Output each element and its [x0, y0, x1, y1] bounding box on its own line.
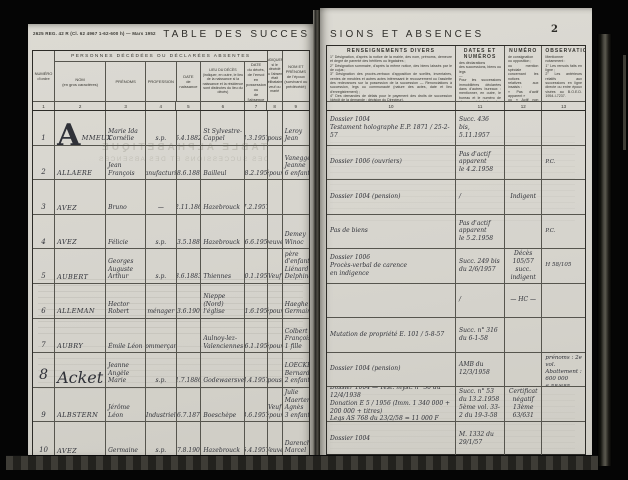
cell-deces: 30.1.1957: [245, 249, 267, 283]
book-fore-edge: [6, 455, 598, 470]
cell-profession: s.p.: [146, 353, 176, 387]
cell-lieu: Hazebrouck: [201, 180, 245, 214]
column-number: 1: [33, 102, 55, 110]
cell-num: 2: [33, 146, 55, 180]
column-number: 12: [505, 102, 542, 110]
column-numbers-row: 10 11 12 13: [327, 101, 585, 110]
cell-numero: [505, 111, 542, 145]
cell-nom: AVEZ: [55, 215, 106, 249]
cell-lieu: Godewaersvelde: [201, 353, 245, 387]
ledger-row: 1AMMEUXMarie Ida Cornélies.p.6.4.1882St …: [33, 111, 309, 146]
cell-numero: [505, 215, 542, 249]
cell-observations: Réf. prénoms : 2e vol. Abattement : 600 …: [542, 353, 585, 387]
cell-naissance: 17.8.1901: [177, 422, 202, 457]
ledger-row: Dossier 1006 Procès-verbal de carence en…: [327, 249, 585, 284]
cell-lieu: Boeschèpe: [201, 388, 245, 422]
cell-numero: Indigent: [505, 180, 542, 214]
cell-observations: [542, 387, 585, 421]
page-left: 2625 REG. 42 R (Cl. 62 4967 1-62-600 h) …: [28, 24, 314, 456]
cell-lieu: St Sylvestre-Cappel: [201, 111, 245, 145]
col-header-prenoms: PRÉNOMS: [106, 62, 146, 101]
cell-dates_numeros: Succ. n° 316 du 6-1-58: [456, 318, 505, 352]
adjacent-page-edge: [597, 34, 612, 466]
cell-dates_numeros: /: [456, 180, 505, 214]
cell-prenoms: Georges Auguste Arthur: [106, 249, 146, 283]
cell-num: 7: [33, 319, 55, 353]
column-number: 2: [55, 102, 106, 110]
ledger-row: 7AUBRYÉmile LéoncommerçantAulnoy-lez- Va…: [33, 319, 309, 354]
title-left-part: TABLE DES SUCCES: [163, 29, 310, 40]
ledger-row: Dossier 1004M. 1332 du 29/1/57: [327, 422, 585, 457]
col-header-lieu-deces: LIEU DU DÉCÈS (indiquer, en outre, le li…: [201, 62, 245, 101]
cell-prenoms: Jeanne Angèle Marie: [106, 353, 146, 387]
cell-dates_numeros: Pas d'actif apparent le 4.2.1958: [456, 146, 505, 180]
right-table-header: RENSEIGNEMENTS DIVERS 1° Désignation, d'…: [327, 46, 585, 111]
cell-renseignements: Dossier 1004 (pension): [327, 180, 456, 214]
cell-epoux: Darenchy Marcel: [283, 422, 309, 457]
cell-observations: P.C.: [542, 146, 585, 180]
cell-prenoms: Jérôme Léon: [106, 388, 146, 422]
cell-deces: 3.6.1957: [245, 388, 267, 422]
column-number: 4: [146, 102, 176, 110]
ledger-row: Dossier 1004 — Test. myst. n° 30 du 12/4…: [327, 387, 585, 422]
group-header-personnes: PERSONNES DÉCÉDÉES OU DÉCLARÉES ABSENTES: [55, 51, 267, 62]
cell-renseignements: Mutation de propriété E. 101 / 5-8-57: [327, 318, 456, 352]
cell-lieu: Hazebrouck: [201, 215, 245, 249]
cell-renseignements: Dossier 1006 Procès-verbal de carence en…: [327, 249, 456, 283]
cell-numero: [505, 422, 542, 457]
column-number: 13: [542, 102, 585, 110]
cell-num: 4: [33, 215, 55, 249]
column-number: 5: [176, 102, 201, 110]
ledger-row: Dossier 1004 (pension)/Indigent: [327, 180, 585, 215]
cell-renseignements: Pas de biens: [327, 215, 456, 249]
col-header-numero: NUMÉRO d'ordre: [33, 51, 55, 101]
cell-numero: [505, 353, 542, 387]
cell-etat: épouse: [268, 111, 283, 145]
ledger-row: 8AcketJeanne Angèle Maries.p.1.7.1886God…: [33, 353, 309, 388]
cell-observations: [542, 422, 585, 457]
cell-prenoms: Félicie: [106, 215, 146, 249]
cell-epoux: Colbert Françoise 1 fille: [283, 319, 309, 353]
ledger-row: 6ALLEMANHector Robertménager23.6.1907Nie…: [33, 284, 309, 319]
cell-profession: manufacturier: [146, 146, 176, 180]
cell-num: 10: [33, 422, 55, 457]
right-table: RENSEIGNEMENTS DIVERS 1° Désignation, d'…: [326, 45, 586, 455]
ledger-row: Dossier 1004 (pension)AMB du 12/3/1958Ré…: [327, 353, 585, 388]
cell-num: 3: [33, 180, 55, 214]
cell-deces: 16.1.1957: [245, 319, 267, 353]
large-initial-letter: A: [57, 126, 81, 146]
cell-lieu: Nieppe (Nord) l'église: [201, 284, 245, 318]
cell-epoux: Vermeulen Julie Maerten Agnès 3 enfants: [283, 388, 309, 422]
cell-prenoms: Marie Ida Cornélie: [106, 111, 146, 145]
cell-deces: 11.6.1957: [245, 284, 267, 318]
ledger-row: Dossier 1004 Testament holographe E.P. 1…: [327, 111, 585, 146]
left-table-header: NUMÉRO d'ordre PERSONNES DÉCÉDÉES OU DÉC…: [33, 51, 309, 111]
cell-lieu: Hazebrouck: [201, 422, 245, 457]
column-number: 6: [201, 102, 245, 110]
cell-epoux: Demey Winoc: [283, 215, 309, 249]
cell-numero: — HC —: [505, 284, 542, 318]
cell-profession: commerçant: [146, 319, 176, 353]
cell-nom: AVEZ: [55, 180, 106, 214]
form-reference: 2625 REG. 42 R (Cl. 62 4967 1-62-600 h) …: [33, 31, 156, 36]
cell-naissance: [177, 319, 202, 353]
cell-naissance: 6.4.1882: [177, 111, 202, 145]
page-number: 2: [551, 24, 558, 35]
column-number: 8: [267, 102, 282, 110]
cell-num: 9: [33, 388, 55, 422]
column-numbers-row: 1 2 3 4 5 6 7 8 9: [33, 101, 309, 110]
cell-dates_numeros: Succ. n° 53 du 13.2.1958 5ème vol. 33-2 …: [456, 387, 505, 421]
cell-lieu: Thiennes: [201, 249, 245, 283]
cell-deces: 16.6.1957: [245, 215, 267, 249]
cell-naissance: 1.7.1886: [177, 353, 202, 387]
left-table: NUMÉRO d'ordre PERSONNES DÉCÉDÉES OU DÉC…: [32, 50, 310, 456]
cell-num: 8: [33, 353, 55, 387]
cell-naissance: 23.6.1907: [177, 284, 202, 318]
ledger-row: 4AVEZFélicies.p.13.5.1889Hazebrouck16.6.…: [33, 215, 309, 250]
cell-renseignements: [327, 284, 456, 318]
cell-deces: 18.2.1957: [245, 146, 267, 180]
cell-naissance: 12.11.1868: [177, 180, 202, 214]
cell-etat: époux: [268, 146, 283, 180]
cell-dates_numeros: /: [456, 284, 505, 318]
cell-etat: Veuf: [268, 249, 283, 283]
cell-epoux: Leroy Jean: [283, 111, 309, 145]
cell-profession: s.p.: [146, 215, 176, 249]
cell-etat: épouse: [268, 353, 283, 387]
col-header-numero-consignation: NUMÉRO de consignation ou opposition ; o…: [505, 46, 542, 101]
cell-epoux: Vanegger Jeanne 6 enfants: [283, 146, 309, 180]
cell-prenoms: Émile Léon: [106, 319, 146, 353]
ledger-row: 3AVEZBruno—12.11.1868Hazebrouck7.2.1957: [33, 180, 309, 215]
cell-renseignements: Dossier 1004: [327, 422, 456, 457]
cell-prenoms: Jean François: [106, 146, 146, 180]
cell-num: 1: [33, 111, 55, 145]
col-header-nom: NOM (en gros caractères): [55, 62, 106, 101]
cell-nom: AUBERT: [55, 249, 106, 283]
cell-nom: ALLEMAN: [55, 284, 106, 318]
cell-nom: Acket: [55, 353, 106, 387]
cell-dates_numeros: Succ. 436 bis, 5.11.1957: [456, 111, 505, 145]
col-header-naissance: DATE de naissance: [177, 62, 202, 101]
cell-deces: 7.2.1957: [245, 180, 267, 214]
ledger-row: Dossier 1006 (ouvriers)Pas d'actif appar…: [327, 146, 585, 181]
cell-renseignements: Dossier 1004 Testament holographe E.P. 1…: [327, 111, 456, 145]
cell-naissance: 18.6.1883: [177, 146, 202, 180]
cell-naissance: 3.6.1883: [177, 249, 202, 283]
cell-etat: veuve: [268, 215, 283, 249]
cell-numero: [505, 318, 542, 352]
cell-nom: ALBSTERN: [55, 388, 106, 422]
cell-etat: époux: [268, 319, 283, 353]
cell-naissance: 13.5.1889: [177, 215, 202, 249]
cell-epoux: Haeghe Germaine: [283, 284, 309, 318]
cell-renseignements: Dossier 1004 (pension): [327, 353, 456, 387]
binding-gutter: [313, 10, 320, 456]
cell-prenoms: Hector Robert: [106, 284, 146, 318]
left-table-body: 1AMMEUXMarie Ida Cornélies.p.6.4.1882St …: [33, 111, 309, 457]
cell-profession: s.p.: [146, 422, 176, 457]
cell-renseignements: Dossier 1004 — Test. myst. n° 30 du 12/4…: [327, 387, 456, 421]
cell-dates_numeros: Pas d'actif apparent le 5.2.1958: [456, 215, 505, 249]
cell-numero: Décès 105/57 succ. indigent: [505, 249, 542, 283]
cell-epoux: LOECKER Bernard 2 enfants: [283, 353, 309, 387]
col-header-etat-civil: INDIQUER si le décédé ou l'absent était …: [268, 51, 283, 101]
cell-deces: 4.3.1957: [245, 111, 267, 145]
cell-deces: 5.4.1957: [245, 422, 267, 457]
page-right: SIONS ET ABSENCES 2 RENSEIGNEMENTS DIVER…: [320, 8, 592, 456]
ledger-row: 10AVEZGermaines.p.17.8.1901Hazebrouck5.4…: [33, 422, 309, 457]
col-header-profession: PROFESSION: [146, 62, 176, 101]
cell-numero: [505, 146, 542, 180]
column-number: 3: [106, 102, 146, 110]
cell-etat: [268, 180, 283, 214]
cell-epoux: [283, 180, 309, 214]
cell-profession: s.p.: [146, 111, 176, 145]
cell-numero: Certificat négatif 13ème 63/631: [505, 387, 542, 421]
col-header-observations: OBSERVATIONS Mentionner notamment : 1° L…: [542, 46, 585, 101]
column-number: 11: [456, 102, 505, 110]
adjacent-page-edge-highlight: [623, 55, 626, 150]
cell-dates_numeros: Succ. 249 bis du 2/6/1957: [456, 249, 505, 283]
cell-lieu: Aulnoy-lez- Valenciennes: [201, 319, 245, 353]
ledger-row: 5AUBERTGeorges Auguste Arthurs.p.3.6.188…: [33, 249, 309, 284]
cell-dates_numeros: AMB du 12/3/1958: [456, 353, 505, 387]
cell-num: 6: [33, 284, 55, 318]
scanned-ledger: 2625 REG. 42 R (Cl. 62 4967 1-62-600 h) …: [0, 0, 628, 480]
ledger-row: Mutation de propriété E. 101 / 5-8-57Suc…: [327, 318, 585, 353]
cell-dates_numeros: M. 1332 du 29/1/57: [456, 422, 505, 457]
cell-epoux: père d'enfant Liénard Delphine: [283, 249, 309, 283]
cell-profession: Industriel: [146, 388, 176, 422]
cell-renseignements: Dossier 1006 (ouvriers): [327, 146, 456, 180]
cell-observations: P.C.: [542, 215, 585, 249]
cell-num: 5: [33, 249, 55, 283]
cell-profession: ménager: [146, 284, 176, 318]
cell-nom: AUBRY: [55, 319, 106, 353]
column-number: 10: [327, 102, 456, 110]
cell-profession: s.p.: [146, 249, 176, 283]
column-number: 9: [283, 102, 309, 110]
col-header-renseignements: RENSEIGNEMENTS DIVERS 1° Désignation, d'…: [327, 46, 456, 101]
cell-etat: Veuf époux: [268, 388, 283, 422]
column-number: 7: [245, 102, 267, 110]
cell-observations: [542, 111, 585, 145]
ledger-row: 9ALBSTERNJérôme LéonIndustriel26.7.1876B…: [33, 388, 309, 423]
ledger-row: Pas de biensPas d'actif apparent le 5.2.…: [327, 215, 585, 250]
cell-etat: époux: [268, 284, 283, 318]
col-header-dates-numeros: DATES ET NUMÉROS des déclarations des su…: [456, 46, 505, 101]
cell-naissance: 26.7.1876: [177, 388, 202, 422]
col-header-epoux: NOM ET PRÉNOMS de l'époux (survivant ou …: [283, 51, 309, 101]
title-right-part: SIONS ET ABSENCES: [330, 29, 484, 40]
ledger-row: /— HC —: [327, 284, 585, 319]
col-header-date-deces: DATE du décès, de l'envoi en possession …: [245, 62, 267, 101]
cell-nom: AMMEUX: [55, 111, 106, 145]
cell-deces: 4.4.1957: [245, 353, 267, 387]
cell-lieu: Bailleul: [201, 146, 245, 180]
cell-prenoms: Germaine: [106, 422, 146, 457]
cell-profession: —: [146, 180, 176, 214]
cell-observations: [542, 284, 585, 318]
right-table-body: Dossier 1004 Testament holographe E.P. 1…: [327, 111, 585, 456]
cell-nom: AVEZ: [55, 422, 106, 457]
cell-observations: H 58/105: [542, 249, 585, 283]
cell-observations: [542, 180, 585, 214]
cell-observations: [542, 318, 585, 352]
cell-etat: Veuve: [268, 422, 283, 457]
cell-prenoms: Bruno: [106, 180, 146, 214]
